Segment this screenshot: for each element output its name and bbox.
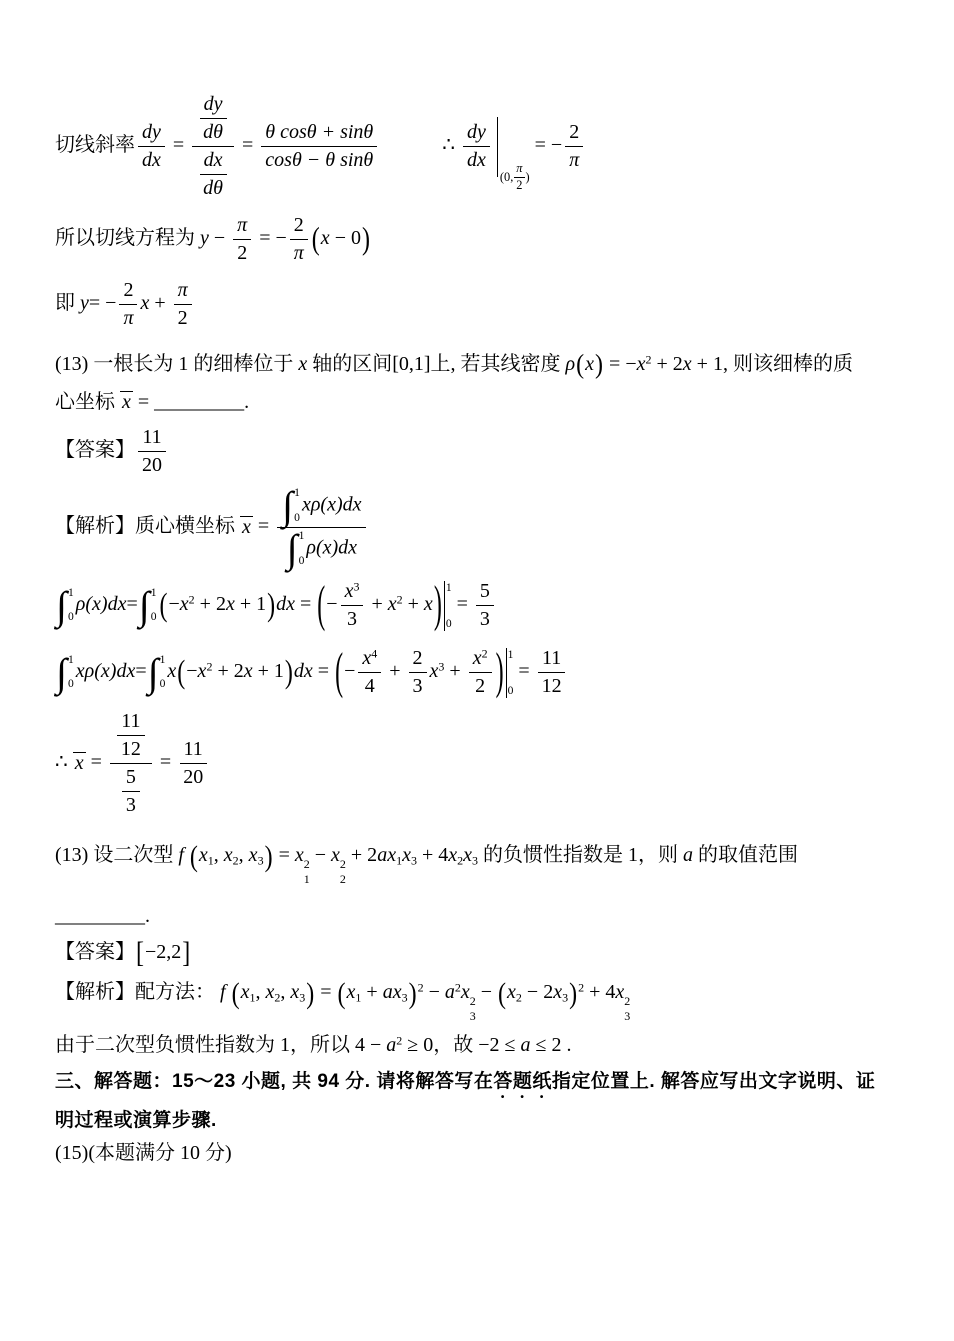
fraction: ∫10xρ(x)dx∫10ρ(x)dx [277,486,365,569]
text-run: y [200,227,209,249]
text-run: x [637,353,646,375]
text-run: 所以切线方程为 [55,227,200,249]
text-run: ax [377,844,396,866]
quadratic-analysis-line: 【解析】配方法： f (x1, x2, x3) = (x1 + ax3)2 − … [55,979,899,1022]
text-run: −2 ≤ [478,1034,520,1056]
text-run: 4 [365,675,375,697]
text-run: , [214,844,224,866]
text-run: = [274,844,295,866]
fraction: 1112 [538,646,566,699]
numerator: dy [463,120,490,147]
text-run: x [199,844,208,866]
text-run: = − [604,353,637,375]
overline-variable: x [240,516,253,538]
text-run: f [178,844,189,866]
big-delimiter: ) [408,979,418,1009]
text-run: ∴ [442,134,460,156]
evaluation-bar: (0, π2) [497,117,530,177]
text-run: x [249,844,258,866]
text-run: 3 [126,794,136,816]
integral: ∫10 [287,529,305,569]
text-run: , [280,981,290,1003]
text-run: ，故 [433,1034,478,1056]
text-run: xρ(x)dx [76,661,136,683]
text-run: + 1 [235,594,266,616]
fraction: θ cosθ + sinθcosθ − θ sinθ [261,120,377,173]
text-run: = [253,516,274,538]
text-run: , [255,981,265,1003]
text-run: + 4 [584,981,615,1003]
fraction: 2π [565,120,583,173]
big-delimiter: ) [284,657,294,689]
text-run: x [295,844,304,866]
text-run: 12 [542,675,562,697]
text-run: 一根长为 1 的细棒位于 [93,353,298,375]
text-run: 20 [142,454,162,476]
big-delimiter: ( [334,648,344,698]
numerator: 5 [476,579,494,606]
integral-sign: ∫ [56,653,67,693]
lower-limit: 0 [68,611,74,623]
text-run: x [244,661,253,683]
big-delimiter: ) [266,590,276,622]
text-run: dy [142,121,161,143]
evaluation-bar: 10 [444,581,452,631]
fraction: dxdθ [199,148,227,201]
numerator: 11 [138,425,165,452]
text-run: − [326,594,337,616]
text-run: 心坐标 [55,391,120,413]
text-run: 【解析】质心横坐标 [55,516,240,538]
fraction: 1120 [179,737,207,790]
text-run: 4 − [355,1034,386,1056]
fraction: π2 [233,213,251,266]
tangent-equation-line: 所以切线方程为 y − π2 = −2π(x − 0) [55,213,899,266]
denominator: 4 [361,673,379,699]
text-run: 2 [516,178,522,192]
big-delimiter: ] [181,938,191,968]
numerator: 2 [119,278,137,305]
fraction: 23 [409,646,427,699]
text-run: 3 [347,608,357,630]
rod-analysis-centroid-line: 【解析】质心横坐标 x = ∫10xρ(x)dx∫10ρ(x)dx [55,486,899,569]
denominator: π [565,147,583,173]
text-run: 2 [178,307,188,329]
integral-x-rho-line: ∫10xρ(x)dx=∫10x(−x2 + 2x + 1)dx = (−x44 … [55,646,899,699]
upper-limit: 1 [508,649,514,661]
text-run: 11 [121,710,140,732]
text-run: 11 [542,647,561,669]
denominator: 20 [138,452,166,478]
integral-limits: 10 [159,653,166,693]
upper-limit: 1 [294,487,300,499]
big-delimiter: ) [264,842,274,872]
lower-limit: 0 [508,685,514,697]
text-run: − 0 [330,227,361,249]
lower-limit: 0 [68,678,74,690]
text-run: − [476,981,497,1003]
text-run: dy [467,121,486,143]
text-run: 11 [142,426,161,448]
fraction: x44 [358,646,381,699]
numerator: 2 [290,213,308,240]
fraction: 53 [476,579,494,632]
text-run: x [553,981,562,1003]
text-run: y [80,292,89,314]
denominator: 12 [117,736,145,762]
lower-limit: 0 [294,512,300,524]
text-run: = [237,134,258,156]
text-run: 切线斜率 [55,134,135,156]
text-run: x [226,594,235,616]
section3-heading-line1: 三、解答题：15～23 小题, 共 94 分. 请将解答写在答题纸指定位置上. … [55,1070,899,1103]
big-delimiter: [ [135,938,145,968]
quadratic-conclusion-line: 由于二次型负惯性指数为 1，所以 4 − a2 ≥ 0，故 −2 ≤ a ≤ 2… [55,1032,899,1058]
denominator: dxdθ [192,147,234,201]
text-run: dx [204,149,223,171]
numerator: 1112 [110,709,152,764]
big-delimiter: ( [231,979,241,1009]
big-delimiter: ( [575,352,585,380]
text-run: x [402,844,411,866]
text-run: ∴ [55,752,73,774]
denominator: π [119,305,137,331]
integral-rho-line: ∫10ρ(x)dx=∫10(−x2 + 2x + 1)dx = (−x33 + … [55,579,899,632]
xbar-result-line: ∴ x = 111253 = 1120 [55,709,899,818]
text-run: ) [526,171,530,183]
text-run: 上, 若其线密度 [431,353,566,375]
text-run: _________. [154,391,249,413]
text-run: = − [254,227,287,249]
text-run: x [224,844,233,866]
text-run: 则该细棒的质 [733,353,853,375]
integral-limits: 10 [293,486,300,526]
text-run: = [126,594,137,616]
denominator: π [290,240,308,266]
integral: ∫10 [139,586,157,626]
text-run: (13) [55,353,93,375]
lower-limit: 0 [446,618,452,630]
text-run: −2,2 [145,941,181,963]
text-run: dx [276,594,295,616]
big-delimiter: ) [305,979,315,1009]
big-delimiter: ) [433,581,443,631]
text-run: + [361,981,382,1003]
text-run: 三、解答题：15～23 小题, 共 94 分. 请将解答写在 [55,1071,493,1092]
text-run: 【答案】 [55,941,135,963]
integral: ∫10 [56,586,74,626]
superscript: 4 [371,647,377,661]
fraction: dydθ [199,92,227,145]
numerator: θ cosθ + sinθ [261,120,377,147]
text-run: x [683,353,692,375]
numerator: dx [200,148,227,175]
big-delimiter: ( [176,657,186,689]
text-run: (0, [500,171,513,183]
text-run: x [122,391,131,413]
lower-limit: 0 [151,611,157,623]
big-delimiter: ( [159,590,169,622]
text-run: x [473,647,482,669]
numerator: x4 [358,646,381,673]
text-run: + 2 [652,353,683,375]
text-run: 的取值范围 [693,844,798,866]
subscript: 3 [624,1010,630,1022]
text-run: x [362,647,371,669]
subscript: 1 [304,873,310,885]
denominator: 3 [476,606,494,632]
denominator: dθ [199,175,227,201]
text-run: 【解析】配方法： [55,981,220,1003]
text-run: − [344,661,355,683]
text-run: x [331,844,340,866]
rod-answer-line: 【答案】1120 [55,425,899,478]
integral-sign: ∫ [139,586,150,626]
big-delimiter: ( [497,979,507,1009]
fraction: dydx [463,120,490,173]
text-run: π [123,307,133,329]
text-run: , [239,844,249,866]
text-run: + [403,594,424,616]
text-run: x [265,981,274,1003]
text-run: = [168,134,189,156]
text-run: ≤ 2 . [531,1034,572,1056]
text-run: ≥ 0 [402,1034,433,1056]
numerator: π [514,161,524,178]
text-run: + 4 [417,844,448,866]
text-run: = [315,981,336,1003]
text-run: + 1 [253,661,284,683]
text-run: x [463,844,472,866]
fraction: dydx [138,120,165,173]
subscript: 3 [470,1010,476,1022]
text-run: x [321,227,330,249]
text-run: + 1, [692,353,733,375]
numerator: x2 [469,646,492,673]
overline-variable: x [73,752,86,774]
document-page: 切线斜率dydx = dydθdxdθ = θ cosθ + sinθcosθ … [0,0,954,1166]
text-run: − [310,844,331,866]
fraction: 2π [290,213,308,266]
big-delimiter: ) [568,979,578,1009]
denominator: 12 [538,673,566,699]
evaluation-point: (0, π2) [500,161,530,193]
denominator: ∫10ρ(x)dx [282,528,361,569]
text-run: x [75,752,84,774]
text-run: 的负惯性指数是 1，则 [478,844,683,866]
denominator: 3 [409,673,427,699]
text-run: 由于二次型负惯性指数为 1，所以 [55,1034,355,1056]
text-run: (13) [55,844,93,866]
upper-limit: 1 [151,587,157,599]
big-delimiter: ( [311,224,321,255]
numerator: dy [200,92,227,119]
fraction: 1120 [138,425,166,478]
text-run: 20 [183,766,203,788]
text-run: x [388,594,397,616]
text-run: x [507,981,516,1003]
text-run: = [135,661,146,683]
q15-header-line: (15)(本题满分 10 分) [55,1140,899,1166]
text-run: a [683,844,693,866]
text-run: + [384,661,405,683]
superscript: 3 [353,580,359,594]
denominator: 2 [471,673,489,699]
numerator: dy [138,120,165,147]
numerator: π [174,278,192,305]
text-run: a [521,1034,531,1056]
formula-tangent-slope-line: 切线斜率dydx = dydθdxdθ = θ cosθ + sinθcosθ … [55,92,899,201]
subscript: 2 [340,873,346,885]
text-run: π [294,242,304,264]
text-run: x [298,353,307,375]
denominator: 2 [174,305,192,331]
superscript: 2 [624,995,630,1007]
text-run: 2 [294,214,304,236]
numerator: π [233,213,251,240]
quadratic-answer-line: 【答案】[−2,2] [55,939,899,965]
text-run: x [290,981,299,1003]
text-run: + 2 [212,661,243,683]
q13-rod-problem-line2: 心坐标 x = _________. [55,389,899,415]
text-run: − [186,661,197,683]
integral: ∫10 [148,653,166,693]
text-run: = − [89,292,117,314]
denominator: cosθ − θ sinθ [261,147,377,173]
text-run: + 2 [346,844,377,866]
text-run: x [461,981,470,1003]
text-run: x [167,661,176,683]
big-delimiter: ( [316,581,326,631]
text-run: + [149,292,170,314]
text-run: θ cosθ + sinθ [265,121,373,143]
text-run: = [513,661,534,683]
numerator: dydθ [192,92,234,147]
text-run: x [448,844,457,866]
text-run: x [585,353,594,375]
text-run: dθ [203,121,223,143]
text-run: dx [467,149,486,171]
text-run: = [452,594,473,616]
denominator: dθ [199,119,227,145]
integral-sign: ∫ [148,653,159,693]
text-run: 2 [569,121,579,143]
text-run: − [169,594,180,616]
text-run: 轴的区间 [307,353,392,375]
integral-limits: 10 [67,653,74,693]
integral-limits: 10 [67,586,74,626]
lower-limit: 0 [160,678,166,690]
numerator: 2 [565,120,583,147]
text-run: 11 [184,738,203,760]
numerator: 11 [117,709,144,736]
text-run: 12 [121,738,141,760]
text-run: x [242,516,251,538]
upper-limit: 1 [299,530,305,542]
denominator: 53 [115,764,147,818]
text-run: x [180,594,189,616]
integral-limits: 10 [298,529,305,569]
text-run: − 2 [522,981,553,1003]
denominator: 2 [514,178,524,194]
text-run: dx [142,149,161,171]
text-run: 2 [413,647,423,669]
denominator: dx [138,147,165,173]
text-run: ρ [566,353,576,375]
big-delimiter: ( [337,979,347,1009]
text-run: − [209,227,230,249]
text-run: ρ(x)dx [76,594,127,616]
big-delimiter: ) [495,648,505,698]
text-run: 5 [126,766,136,788]
fraction: 1112 [117,709,145,762]
text-run: cosθ − θ sinθ [265,149,373,171]
text-run: 3 [480,608,490,630]
text-run: ρ(x)dx [306,537,357,559]
text-run: + 2 [195,594,226,616]
text-run: = [133,391,154,413]
denominator: 3 [343,606,361,632]
lower-limit: 0 [299,555,305,567]
text-run: dx [294,661,313,683]
numerator: 11 [180,737,207,764]
fraction: π2 [174,278,192,331]
text-run: 2 [237,242,247,264]
text-run: x [615,981,624,1003]
fraction: x22 [469,646,492,699]
text-run: 即 [55,292,80,314]
superscript: 2 [482,647,488,661]
text-run: = [86,752,107,774]
denominator: 3 [122,792,140,818]
text-run: x [424,594,433,616]
numerator: x3 [341,579,364,606]
text-run: π [237,214,247,236]
blank-answer-line: _________. [55,903,899,929]
text-run: f [220,981,231,1003]
text-run: = [155,752,176,774]
numerator: 5 [122,765,140,792]
integral: ∫10 [56,653,74,693]
text-run: 设二次型 [93,844,178,866]
text-run: a [386,1034,396,1056]
text-run: dy [204,93,223,115]
overline-variable: x [120,391,133,413]
q13-quadratic-form-line: (13) 设二次型 f (x1, x2, x3) = x21 − x22 + 2… [55,842,899,885]
denominator: 2 [233,240,251,266]
text-run: xρ(x)dx [302,494,362,516]
integral-sign: ∫ [282,486,293,526]
q13-rod-problem-line1: (13) 一根长为 1 的细棒位于 x 轴的区间[0,1]上, 若其线密度 ρ(… [55,351,899,377]
big-delimiter: ) [361,224,371,255]
numerator: 11 [538,646,565,673]
fraction: dydθdxdθ [192,92,234,201]
text-run: 指定位置上. 解答应写出文字说明、证 [552,1071,876,1092]
text-run: 3 [413,675,423,697]
simplified-tangent-equation-line: 即 y= −2πx + π2 [55,278,899,331]
text-run: π [569,149,579,171]
fraction: x33 [341,579,364,632]
text-run: [0,1] [392,353,430,375]
text-run: − [424,981,445,1003]
numerator: ∫10xρ(x)dx [277,486,365,528]
text-run: = [295,594,316,616]
fraction: 2π [119,278,137,331]
integral-sign: ∫ [56,586,67,626]
text-run: = − [530,134,563,156]
section3-heading-line2: 明过程或演算步骤. [55,1109,899,1134]
text-run: 2 [123,279,133,301]
